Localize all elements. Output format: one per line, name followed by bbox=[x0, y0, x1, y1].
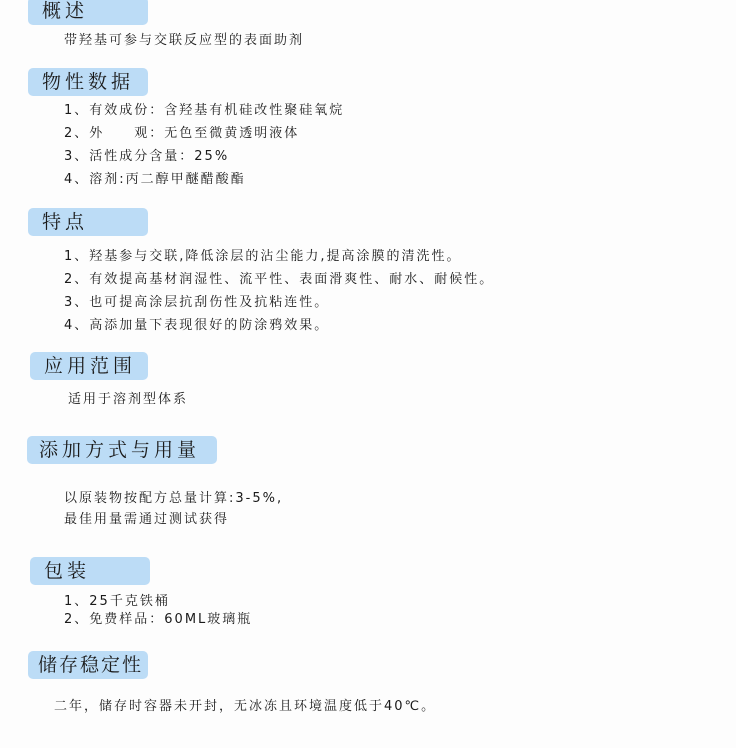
storage-text: 二年，储存时容器未开封，无冰冻且环境温度低于40℃。 bbox=[54, 696, 436, 718]
feature-item: 2、有效提高基材润湿性、流平性、表面滑爽性、耐水、耐候性。 bbox=[64, 269, 494, 291]
section-heading-dosage: 添加方式与用量 bbox=[27, 436, 217, 464]
overview-text: 带羟基可参与交联反应型的表面助剂 bbox=[64, 30, 304, 52]
section-heading-features: 特点 bbox=[28, 208, 148, 236]
property-item: 1、有效成份：含羟基有机硅改性聚硅氧烷 bbox=[64, 100, 344, 122]
property-item: 4、溶剂:丙二醇甲醚醋酸酯 bbox=[64, 169, 246, 191]
section-heading-applications: 应用范围 bbox=[30, 352, 148, 380]
section-heading-storage: 储存稳定性 bbox=[28, 651, 148, 679]
feature-item: 3、也可提高涂层抗刮伤性及抗粘连性。 bbox=[64, 292, 329, 314]
application-text: 适用于溶剂型体系 bbox=[68, 389, 188, 411]
feature-item: 4、高添加量下表现很好的防涂鸦效果。 bbox=[64, 315, 329, 337]
packaging-item: 2、免费样品：60ML玻璃瓶 bbox=[64, 609, 252, 631]
dosage-text: 最佳用量需通过测试获得 bbox=[64, 509, 229, 531]
dosage-text: 以原装物按配方总量计算:3-5%, bbox=[64, 488, 283, 510]
feature-item: 1、羟基参与交联,降低涂层的沾尘能力,提高涂膜的清洗性。 bbox=[64, 246, 462, 268]
section-heading-physical-properties: 物性数据 bbox=[28, 68, 148, 96]
section-heading-overview: 概述 bbox=[28, 0, 148, 25]
property-item: 2、外 观：无色至微黄透明液体 bbox=[64, 123, 299, 145]
property-item: 3、活性成分含量：25% bbox=[64, 146, 229, 168]
section-heading-packaging: 包装 bbox=[30, 557, 150, 585]
